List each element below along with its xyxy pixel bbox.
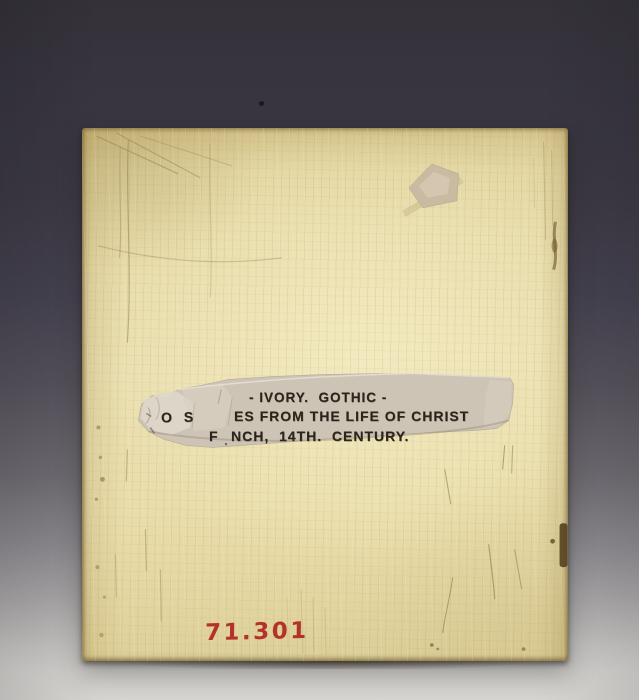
edge-notch	[560, 523, 568, 567]
label-line2-fragment-left: O S	[161, 409, 197, 426]
label-line3-worn-dot: .	[224, 432, 228, 448]
adhesive-patch	[404, 164, 462, 214]
label-line3-fragment-right: NCH, 14TH. CENTURY.	[231, 428, 409, 444]
label-line2-fragment-right: ES FROM THE LIFE OF CHRIST	[234, 408, 469, 424]
ivory-panel-back: - IVORY. GOTHIC - O S ES FROM THE LIFE O…	[82, 128, 568, 661]
label-line1: - IVORY. GOTHIC -	[249, 390, 387, 405]
dust-speck	[258, 100, 265, 107]
label-line3-fragment-left: F	[209, 428, 218, 444]
photo-scene: - IVORY. GOTHIC - O S ES FROM THE LIFE O…	[0, 0, 639, 700]
accession-number: 71.301	[205, 618, 309, 646]
